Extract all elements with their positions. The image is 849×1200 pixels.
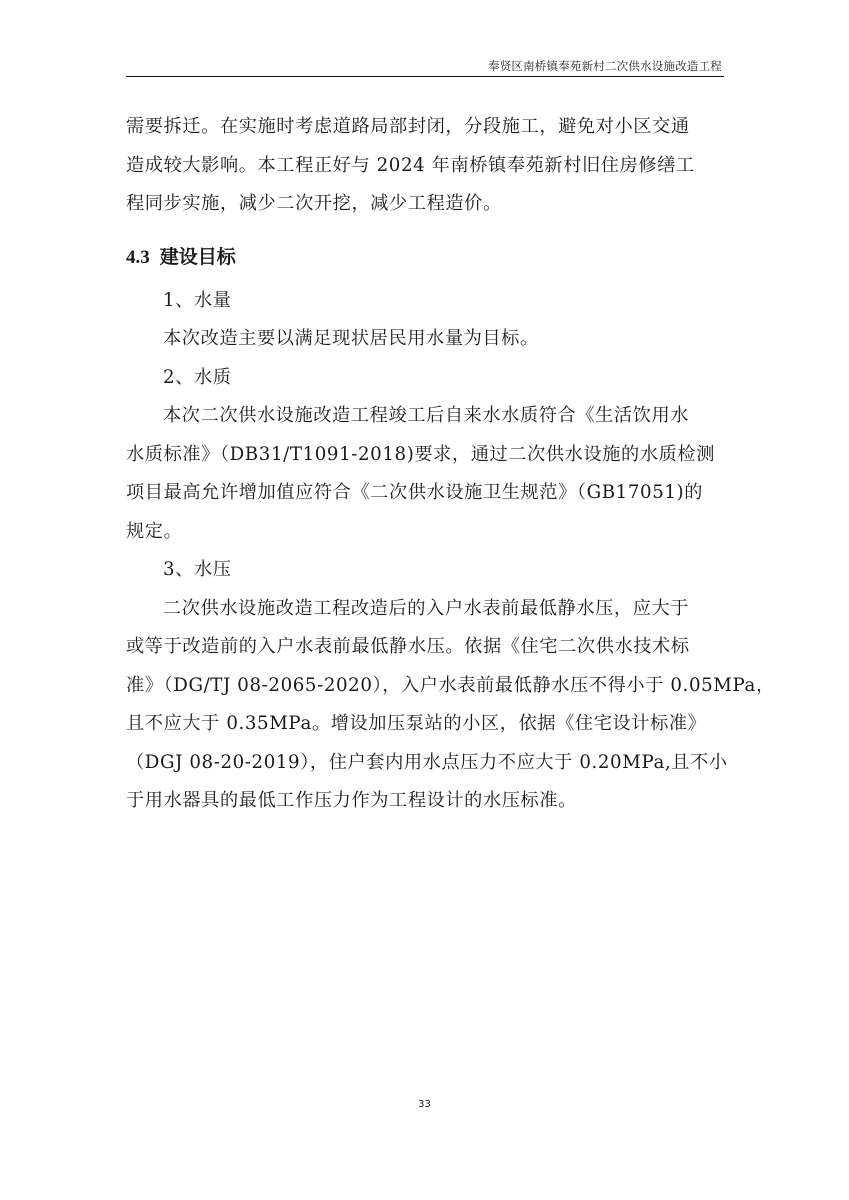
intro-line-1: 需要拆迁。在实施时考虑道路局部封闭，分段施工，避免对小区交通 (126, 108, 724, 147)
intro-line-2: 造成较大影响。本工程正好与 2024 年南桥镇奉苑新村旧住房修缮工 (126, 147, 724, 186)
section-title: 建设目标 (160, 247, 236, 268)
water-quantity-line-1: 本次改造主要以满足现状居民用水量为目标。 (126, 320, 724, 359)
page-body: 需要拆迁。在实施时考虑道路局部封闭，分段施工，避免对小区交通 造成较大影响。本工… (126, 108, 724, 821)
water-quality-line-3: 项目最高允许增加值应符合《二次供水设施卫生规范》（GB17051)的 (126, 474, 724, 513)
water-pressure-line-3: 准》（DG/TJ 08-2065-2020），入户水表前最低静水压不得小于 0.… (126, 667, 724, 706)
page-header: 奉贤区南桥镇奉苑新村二次供水设施改造工程 (126, 56, 724, 77)
water-quality-line-1: 本次二次供水设施改造工程竣工后自来水水质符合《生活饮用水 (126, 397, 724, 436)
header-title: 奉贤区南桥镇奉苑新村二次供水设施改造工程 (488, 58, 722, 74)
section-number: 4.3 (126, 247, 150, 268)
item-heading-water-quality: 2、水质 (126, 359, 724, 398)
water-quality-line-2: 水质标准》（DB31/T1091-2018)要求，通过二次供水设施的水质检测 (126, 436, 724, 475)
section-heading: 4.3建设目标 (126, 237, 724, 279)
item-heading-water-pressure: 3、水压 (126, 551, 724, 590)
intro-line-3: 程同步实施，减少二次开挖，减少工程造价。 (126, 185, 724, 224)
water-pressure-line-5: （DGJ 08-20-2019），住户套内用水点压力不应大于 0.20MPa,且… (126, 744, 724, 783)
water-pressure-line-6: 于用水器具的最低工作压力作为工程设计的水压标准。 (126, 782, 724, 821)
water-pressure-line-4: 且不应大于 0.35MPa。增设加压泵站的小区，依据《住宅设计标准》 (126, 705, 724, 744)
page-number: 33 (0, 1099, 849, 1110)
water-pressure-line-1: 二次供水设施改造工程改造后的入户水表前最低静水压，应大于 (126, 590, 724, 629)
item-heading-water-quantity: 1、水量 (126, 282, 724, 321)
water-quality-line-4: 规定。 (126, 513, 724, 552)
water-pressure-line-2: 或等于改造前的入户水表前最低静水压。依据《住宅二次供水技术标 (126, 628, 724, 667)
